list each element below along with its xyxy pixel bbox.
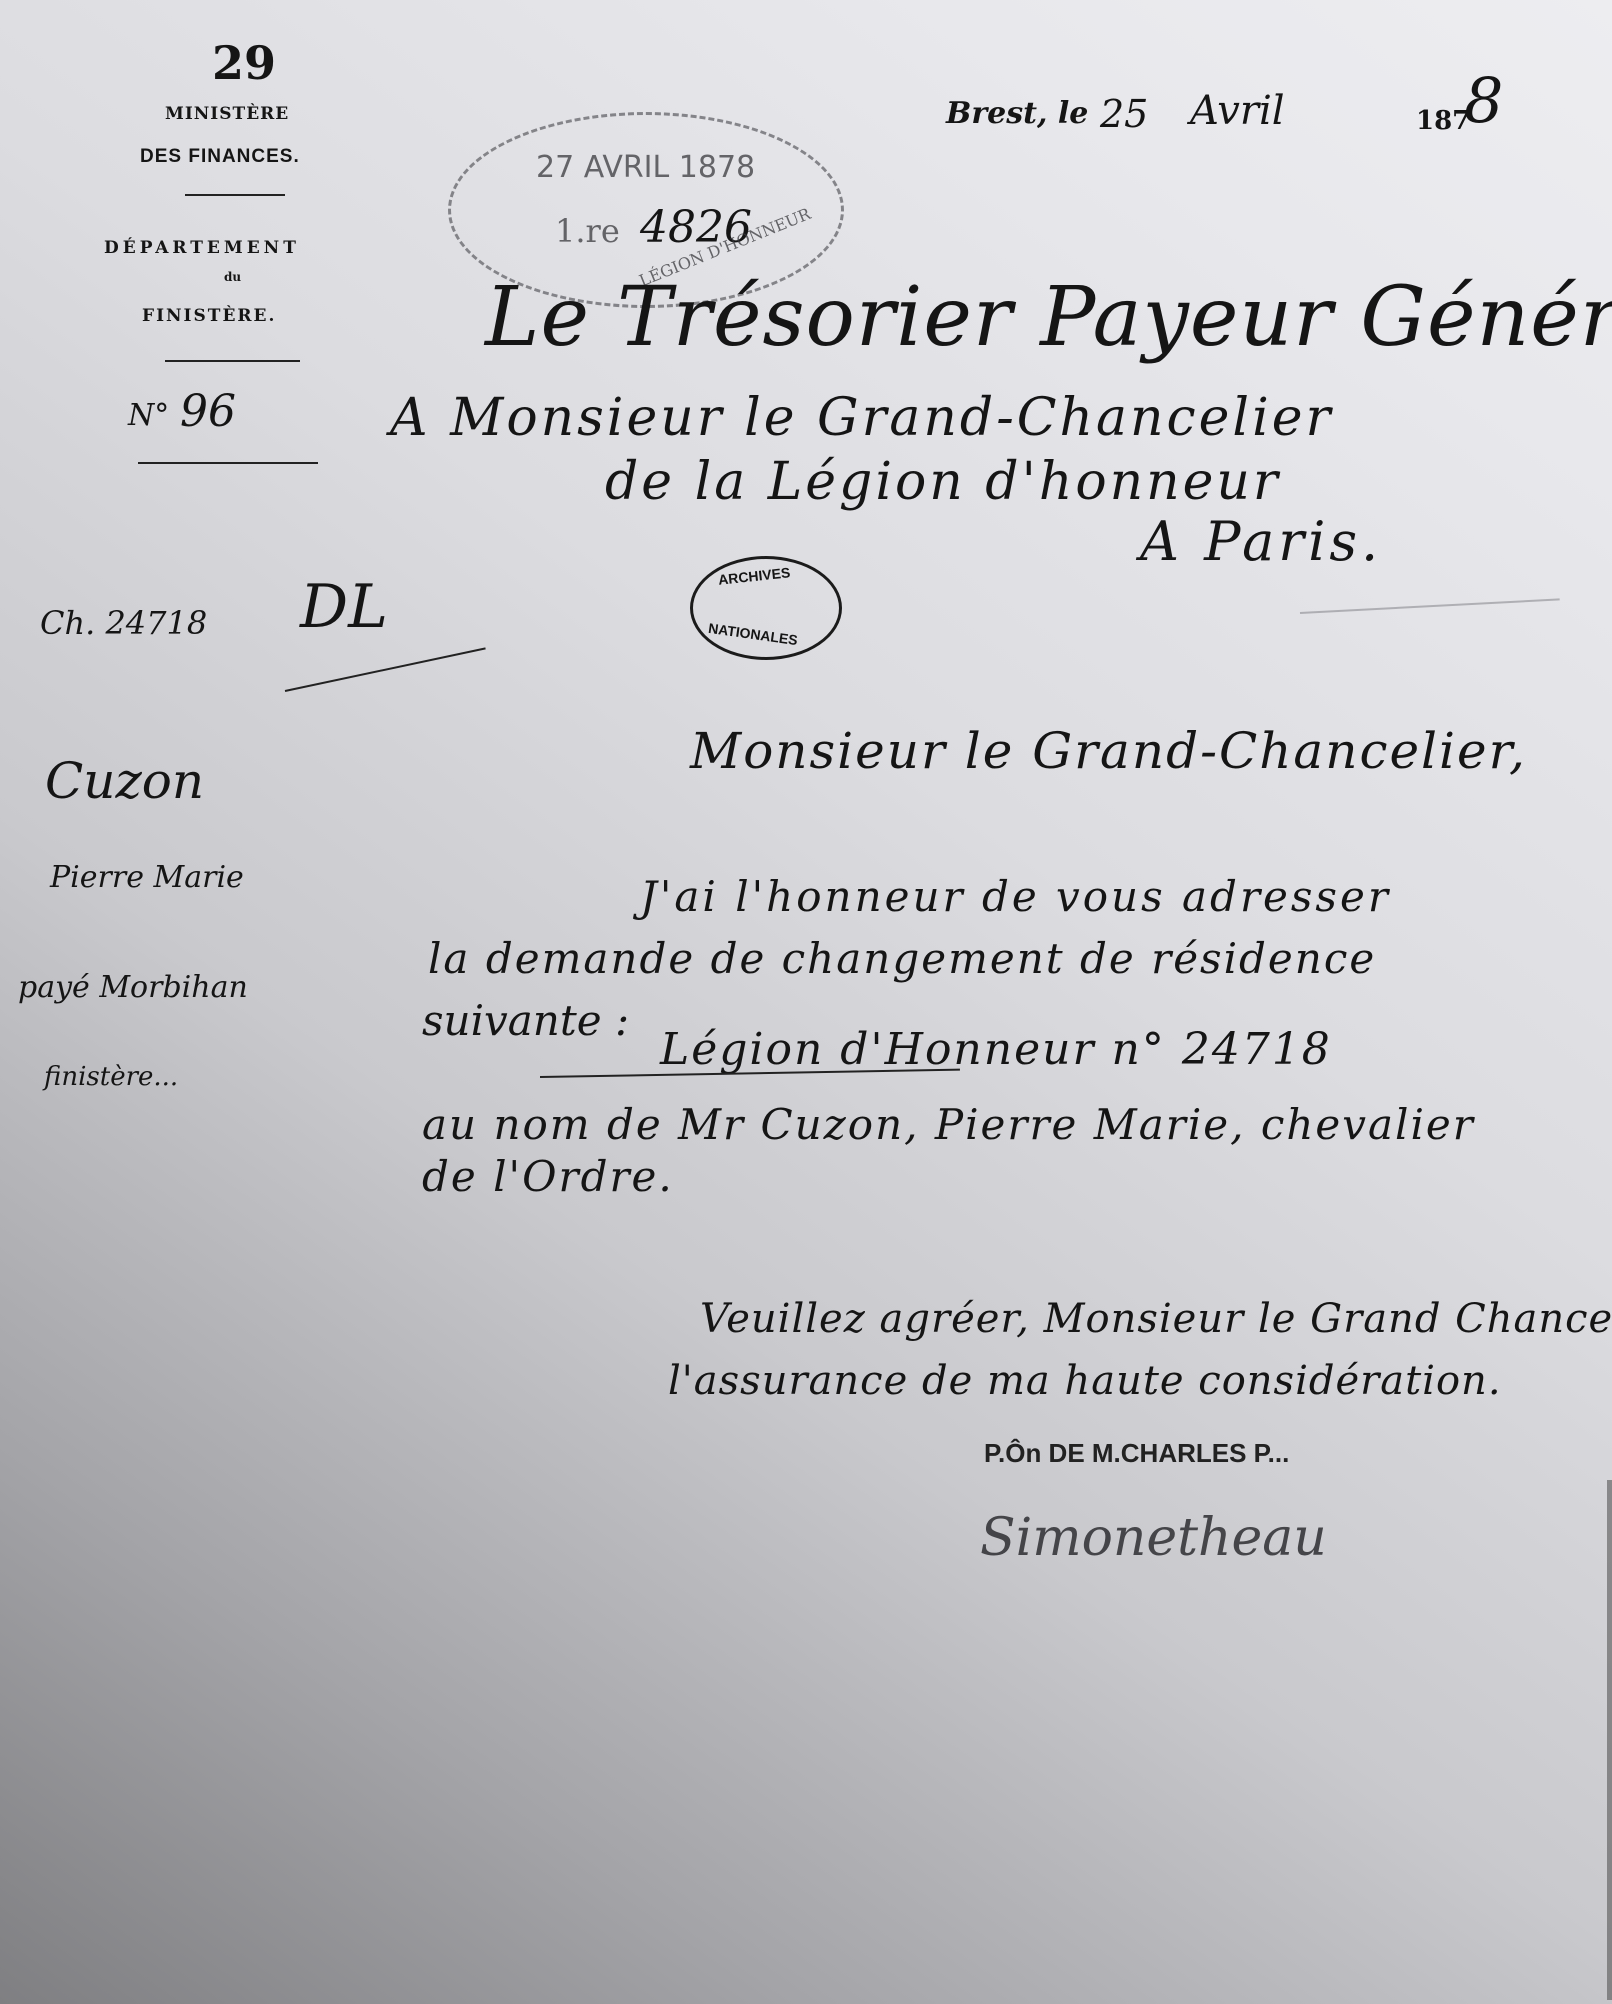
closing-line2: l'assurance de ma haute considération.: [668, 1358, 1502, 1404]
dateline-place: Brest, le: [946, 96, 1088, 131]
faded-flourish-line: [1300, 598, 1560, 614]
addressee-line1: A Monsieur le Grand-Chancelier: [390, 388, 1333, 448]
department-du: du: [224, 270, 241, 284]
initials-underline: [285, 647, 486, 692]
addressee-line2: de la Légion d'honneur: [605, 452, 1281, 512]
signature: Simonetheau: [980, 1508, 1327, 1568]
body-line4: au nom de Mr Cuzon, Pierre Marie, cheval…: [422, 1100, 1475, 1149]
dateline-month: Avril: [1190, 88, 1285, 134]
received-stamp-date: 27 AVRIL 1878: [536, 150, 755, 185]
department-name: FINISTÈRE.: [142, 306, 276, 326]
scanned-letter-page: 29 MINISTÈRE DES FINANCES. DÉPARTEMENT d…: [0, 0, 1612, 2004]
dateline-year-prefix: 187: [1416, 106, 1470, 136]
ministry-line1: MINISTÈRE: [165, 104, 289, 124]
signature-stamp: P.Ôn DE M.CHARLES P...: [984, 1438, 1289, 1469]
ornament-divider-3: [138, 462, 318, 464]
margin-given-names: Pierre Marie: [50, 860, 244, 895]
department-label: DÉPARTEMENT: [104, 238, 300, 258]
margin-paid-from: payé Morbihan: [18, 970, 248, 1005]
body-line3b: Légion d'Honneur n° 24718: [660, 1024, 1332, 1075]
body-line1: J'ai l'honneur de vous adresser: [640, 872, 1391, 921]
closing-line1: Veuillez agréer, Monsieur le Grand Chanc…: [700, 1296, 1612, 1342]
body-line5: de l'Ordre.: [422, 1152, 674, 1201]
margin-surname: Cuzon: [45, 752, 204, 810]
margin-file-ref: Ch. 24718: [40, 604, 207, 642]
dateline-day: 25: [1100, 92, 1148, 136]
page-edge: [1607, 1480, 1612, 2000]
salutation: Monsieur le Grand-Chancelier,: [690, 722, 1527, 780]
body-line2: la demande de changement de résidence: [428, 934, 1376, 983]
dateline-year-suffix: 8: [1464, 64, 1503, 137]
ornament-divider-2: [165, 360, 300, 362]
ref-number: 96: [180, 386, 236, 437]
margin-paid-to: finistère...: [44, 1062, 178, 1092]
received-stamp-register-prefix: 1.re: [555, 212, 620, 250]
margin-initials: DL: [300, 572, 388, 642]
ministry-line2: DES FINANCES.: [140, 146, 300, 168]
ref-prefix: N°: [128, 398, 169, 433]
ornament-divider: [185, 184, 285, 205]
body-line3a: suivante :: [422, 996, 629, 1045]
addressee-line3: A Paris.: [1140, 510, 1382, 573]
sender-title: Le Trésorier Payeur Général: [485, 270, 1612, 365]
letterhead-number: 29: [212, 36, 276, 90]
